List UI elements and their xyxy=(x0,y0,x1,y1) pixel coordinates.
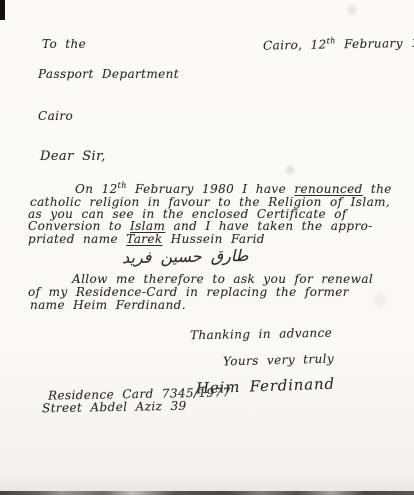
p1l4-pre: Conversion to xyxy=(28,219,130,233)
dateline-month-year: February 1980 xyxy=(336,35,414,51)
p1l1-mid: February 1980 I have xyxy=(127,182,295,196)
p1l1-post: the xyxy=(363,182,392,196)
scanned-letter-page: Cairo, 12th February 1980 To the Passpor… xyxy=(0,0,414,495)
recipient-line-department: Passport Department xyxy=(38,68,179,81)
recipient-line-to-the: To the xyxy=(42,38,86,51)
scan-bottom-edge-artifact xyxy=(0,491,414,495)
closing-valediction: Yours very truly xyxy=(223,353,334,369)
dateline: Cairo, 12th February 1980 xyxy=(263,36,414,52)
p1l5-post: Hussein Farid xyxy=(163,232,265,246)
p1l4-underlined-word: Islam xyxy=(130,219,165,233)
p1l1-sup: th xyxy=(118,181,127,190)
p1l4-post: and I have taken the appro- xyxy=(165,219,372,233)
scan-corner-artifact xyxy=(0,0,5,20)
salutation: Dear Sir, xyxy=(40,150,106,163)
arabic-name-handwriting: طارق حسين فريد xyxy=(122,249,249,264)
paragraph1-line5: priated name Tarek Hussein Farid xyxy=(28,233,265,246)
p1l5-underlined-name: Tarek xyxy=(126,232,162,246)
footer-street-address: Street Abdel Aziz 39 xyxy=(42,400,187,416)
closing-thanks: Thanking in advance xyxy=(190,327,332,342)
p1l1-underlined-word: renounced xyxy=(294,182,362,196)
recipient-line-city: Cairo xyxy=(38,110,73,123)
p1l5-pre: priated name xyxy=(28,232,126,246)
p1l1-pre: On 12 xyxy=(75,182,118,196)
dateline-day-suffix: th xyxy=(326,36,335,45)
paragraph2-line3: name Heim Ferdinand. xyxy=(30,299,186,312)
dateline-city-day: Cairo, 12 xyxy=(263,37,327,52)
